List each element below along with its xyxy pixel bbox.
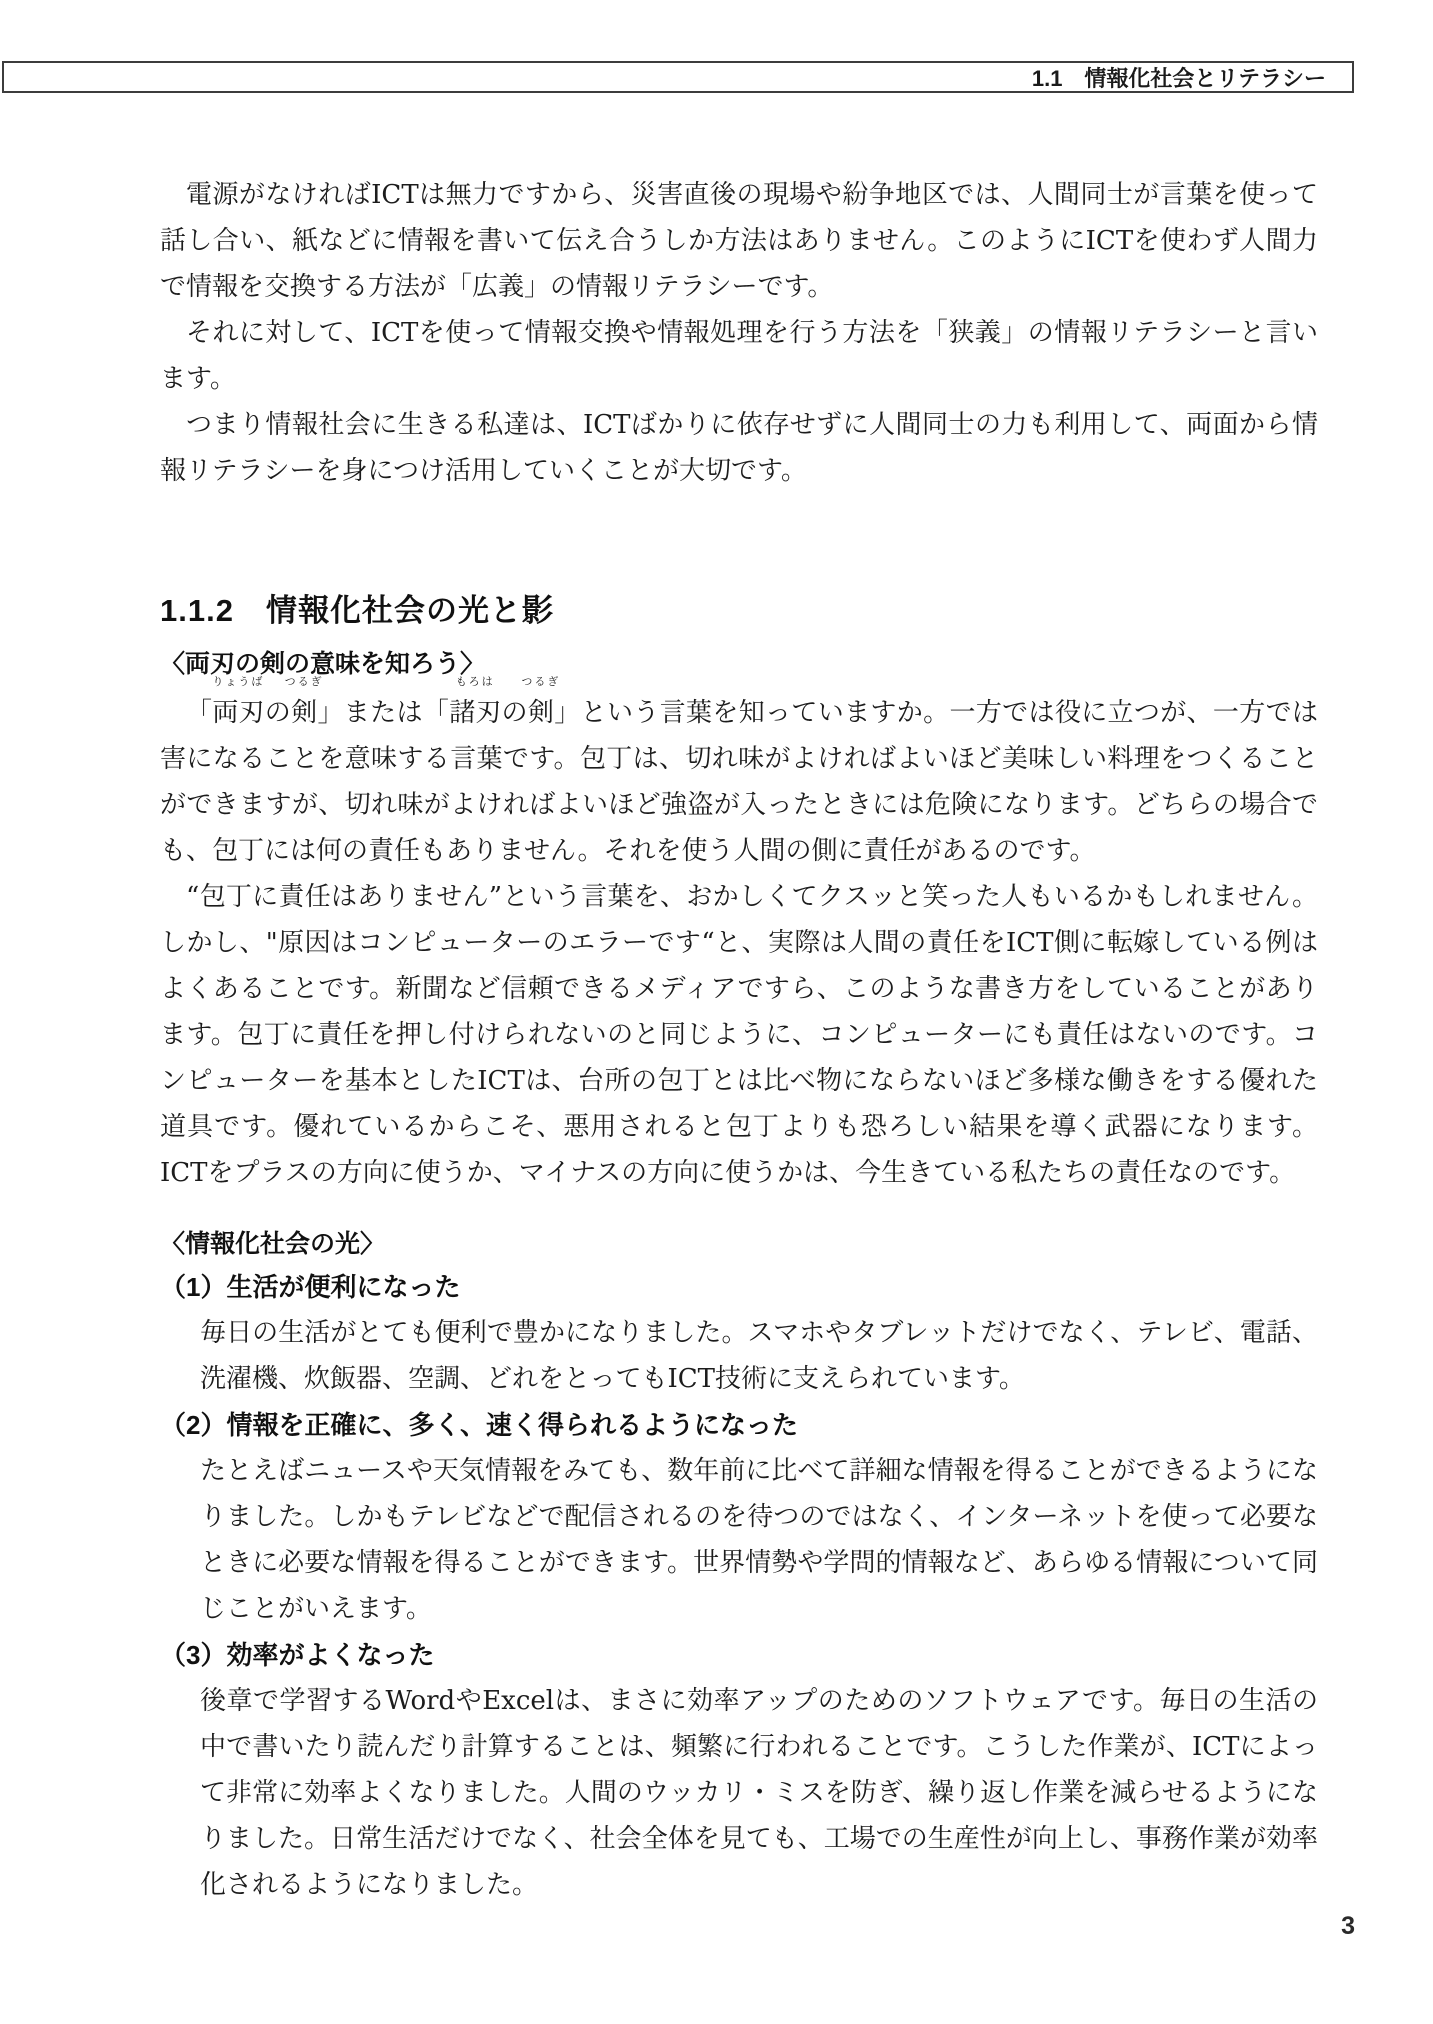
furigana-annotation: つるぎ (285, 676, 324, 687)
list-item-3-body: 後章で学習するWordやExcelは、まさに効率アップのためのソフトウェアです。… (200, 1678, 1318, 1908)
sword-paragraph-2: “包丁に責任はありません”という言葉を、おかしくてクスッと笑った人もいるかもしれ… (160, 874, 1318, 1196)
furigana-annotation: もろは (456, 676, 495, 687)
list-item-2: （2）情報を正確に、多く、速く得られるようになった たとえばニュースや天気情報を… (160, 1402, 1318, 1632)
ruby-base: 剣つるぎ (528, 690, 554, 736)
intro-paragraph-3: つまり情報社会に生きる私達は、ICTばかりに依存せずに人間同士の力も利用して、両… (160, 402, 1318, 494)
running-header-label: 1.1 情報化社会とリテラシー (1032, 62, 1326, 93)
intro-paragraph-2: それに対して、ICTを使って情報交換や情報処理を行う方法を「狭義」の情報リテラシ… (160, 310, 1318, 402)
furigana-annotation: つるぎ (521, 676, 560, 687)
textbook-page: 1.1 情報化社会とリテラシー 電源がなければICTは無力ですから、災害直後の現… (0, 0, 1433, 2024)
list-item-1: （1）生活が便利になった 毎日の生活がとても便利で豊かになりました。スマホやタブ… (160, 1264, 1318, 1402)
list-item-1-body: 毎日の生活がとても便利で豊かになりました。スマホやタブレットだけでなく、テレビ、… (200, 1310, 1318, 1402)
running-header-box: 1.1 情報化社会とリテラシー (2, 61, 1354, 93)
ruby-base: 諸刃もろは (449, 690, 501, 736)
list-item-3: （3）効率がよくなった 後章で学習するWordやExcelは、まさに効率アップの… (160, 1632, 1318, 1908)
intro-paragraph-1: 電源がなければICTは無力ですから、災害直後の現場や紛争地区では、人間同士が言葉… (160, 172, 1318, 310)
main-text-column: 電源がなければICTは無力ですから、災害直後の現場や紛争地区では、人間同士が言葉… (160, 172, 1318, 1908)
furigana-annotation: りょうば (212, 676, 264, 687)
subheading-light-of-information-society: 〈情報化社会の光〉 (160, 1224, 1318, 1264)
list-item-1-title: （1）生活が便利になった (160, 1264, 1318, 1310)
ruby-base: 両刃りょうば (212, 690, 264, 736)
page-number: 3 (1341, 1912, 1355, 1941)
list-item-2-title: （2）情報を正確に、多く、速く得られるようになった (160, 1402, 1318, 1448)
ruby-base: 剣つるぎ (291, 690, 317, 736)
list-item-2-body: たとえばニュースや天気情報をみても、数年前に比べて詳細な情報を得ることができるよ… (200, 1448, 1318, 1632)
subheading-double-edged-sword: 〈両刃の剣の意味を知ろう〉 (160, 644, 1318, 684)
sword-paragraph-with-furigana: 「両刃りょうばの剣つるぎ」または「諸刃もろはの剣つるぎ」という言葉を知っています… (160, 690, 1318, 874)
section-heading-1-1-2: 1.1.2 情報化社会の光と影 (160, 590, 1318, 632)
list-item-3-title: （3）効率がよくなった (160, 1632, 1318, 1678)
